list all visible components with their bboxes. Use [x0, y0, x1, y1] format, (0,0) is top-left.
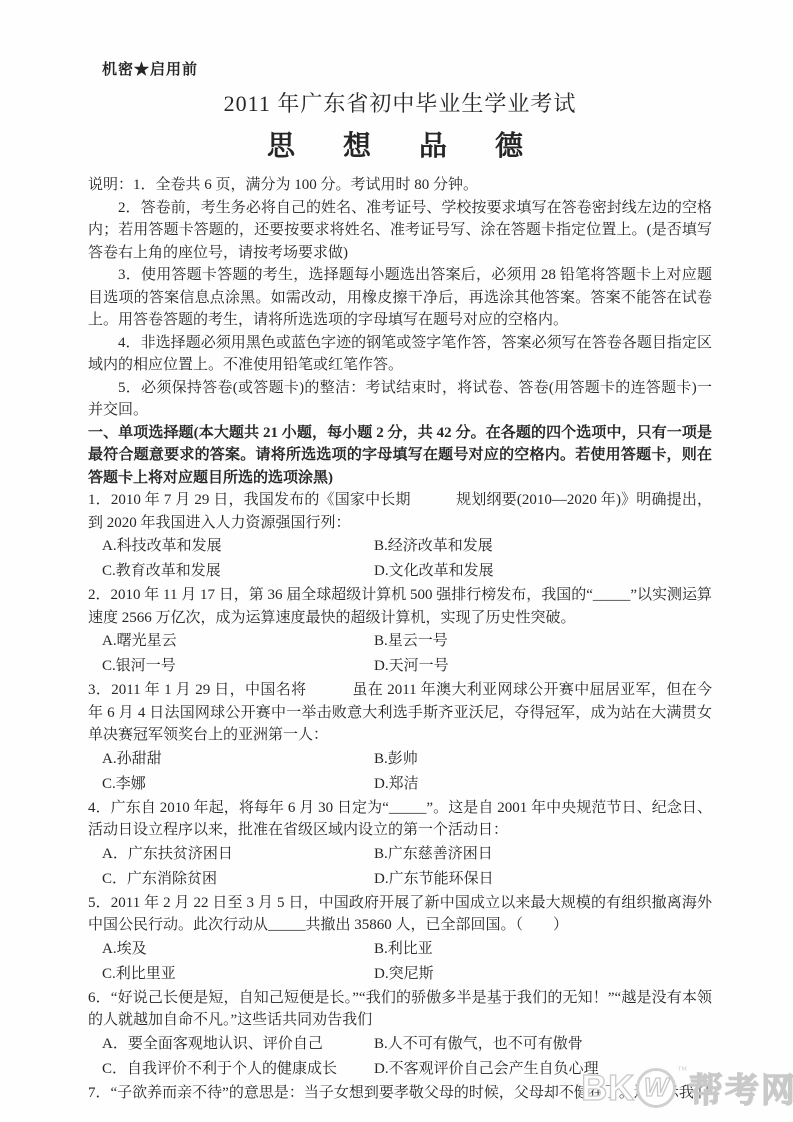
instruction-item-2: 2．答卷前，考生务必将自己的姓名、准考证号、学校按要求填写在答卷密封线左边的空格… — [88, 197, 712, 265]
exam-paper-page: 机密★启用前 2011 年广东省初中毕业生学业考试 思 想 品 德 说明：1．全… — [0, 0, 793, 1122]
question-4-option-a: A．广东扶贫济困日 — [102, 842, 374, 867]
question-5-option-d: D.突尼斯 — [374, 962, 712, 987]
question-1-option-b: B.经济改革和发展 — [374, 534, 712, 559]
question-3-option-a: A.孙甜甜 — [102, 747, 374, 772]
section-one-heading: 一、单项选择题(本大题共 21 小题，每小题 2 分，共 42 分。在各题的四个… — [88, 422, 712, 490]
page-content: 机密★启用前 2011 年广东省初中毕业生学业考试 思 想 品 德 说明：1．全… — [88, 58, 712, 1104]
watermark-w-letter: W — [644, 1072, 669, 1103]
subject-title: 思 想 品 德 — [88, 124, 712, 164]
question-3-options: A.孙甜甜 B.彭帅 C.李娜 D.郑洁 — [88, 747, 712, 797]
question-4-options: A．广东扶贫济困日 B.广东慈善济困日 C．广东消除贫困 D.广东节能环保日 — [88, 842, 712, 892]
question-3-stem: 3．2011 年 1 月 29 日，中国名将 虽在 2011 年澳大利亚网球公开… — [88, 679, 712, 747]
watermark-bk-text: BK — [581, 1067, 635, 1109]
question-6-option-b: B.人不可有傲气，也不可有傲骨 — [374, 1032, 712, 1057]
watermark-w-circle-icon: W — [636, 1068, 676, 1108]
exam-title: 2011 年广东省初中毕业生学业考试 — [88, 87, 712, 118]
question-2-options: A.曙光星云 B.星云一号 C.银河一号 D.天河一号 — [88, 629, 712, 679]
instruction-item-3: 3．使用答题卡答题的考生，选择题每小题选出答案后，必须用 28 铅笔将答题卡上对… — [88, 264, 712, 332]
question-1-option-c: C.教育改革和发展 — [102, 559, 374, 584]
question-5-stem: 5．2011 年 2 月 22 日至 3 月 5 日，中国政府开展了新中国成立以… — [88, 892, 712, 937]
question-4-option-b: B.广东慈善济困日 — [374, 842, 712, 867]
question-5-option-b: B.利比亚 — [374, 937, 712, 962]
question-1-option-a: A.科技改革和发展 — [102, 534, 374, 559]
question-4: 4．广东自 2010 年起，将每年 6 月 30 日定为“_____”。这是自 … — [88, 797, 712, 892]
question-4-option-d: D.广东节能环保日 — [374, 867, 712, 892]
question-6-option-c: C．自我评价不利于个人的健康成长 — [102, 1057, 374, 1082]
question-2-option-d: D.天河一号 — [374, 654, 712, 679]
question-1-options: A.科技改革和发展 B.经济改革和发展 C.教育改革和发展 D.文化改革和发展 — [88, 534, 712, 584]
exam-instructions: 说明：1．全卷共 6 页，满分为 100 分。考试用时 80 分钟。 2．答卷前… — [88, 174, 712, 422]
question-2-stem: 2．2010 年 11 月 17 日，第 36 届全球超级计算机 500 强排行… — [88, 584, 712, 629]
watermark-logo: BK W ™ 帮考网 — [581, 1063, 793, 1112]
question-1-option-d: D.文化改革和发展 — [374, 559, 712, 584]
instruction-item-1: 说明：1．全卷共 6 页，满分为 100 分。考试用时 80 分钟。 — [88, 174, 712, 197]
question-5-option-c: C.利比里亚 — [102, 962, 374, 987]
question-1-stem: 1．2010 年 7 月 29 日，我国发布的《国家中长期 规划纲要(2010—… — [88, 489, 712, 534]
question-4-option-c: C．广东消除贫困 — [102, 867, 374, 892]
question-1: 1．2010 年 7 月 29 日，我国发布的《国家中长期 规划纲要(2010—… — [88, 489, 712, 584]
watermark-tm-mark: ™ — [677, 1065, 687, 1076]
instruction-item-5: 5．必须保持答卷(或答题卡)的整洁：考试结束时，将试卷、答卷(用答题卡的连答题卡… — [88, 377, 712, 422]
question-3-option-d: D.郑洁 — [374, 772, 712, 797]
question-5: 5．2011 年 2 月 22 日至 3 月 5 日，中国政府开展了新中国成立以… — [88, 892, 712, 987]
question-3-option-b: B.彭帅 — [374, 747, 712, 772]
question-2-option-a: A.曙光星云 — [102, 629, 374, 654]
watermark-site-name: 帮考网 — [689, 1063, 793, 1112]
security-notice: 机密★启用前 — [102, 58, 712, 79]
question-6-stem: 6．“好说己长便是短，自知己短便是长。”“我们的骄傲多半是基于我们的无知！”“越… — [88, 987, 712, 1032]
question-5-options: A.埃及 B.利比亚 C.利比里亚 D.突尼斯 — [88, 937, 712, 987]
question-2-option-b: B.星云一号 — [374, 629, 712, 654]
question-2: 2．2010 年 11 月 17 日，第 36 届全球超级计算机 500 强排行… — [88, 584, 712, 679]
instruction-item-4: 4．非选择题必须用黑色或蓝色字迹的钢笔或签字笔作答，答案必须写在答卷各题目指定区… — [88, 332, 712, 377]
question-4-stem: 4．广东自 2010 年起，将每年 6 月 30 日定为“_____”。这是自 … — [88, 797, 712, 842]
question-3: 3．2011 年 1 月 29 日，中国名将 虽在 2011 年澳大利亚网球公开… — [88, 679, 712, 797]
question-2-option-c: C.银河一号 — [102, 654, 374, 679]
question-3-option-c: C.李娜 — [102, 772, 374, 797]
question-6-option-a: A．要全面客观地认识、评价自己 — [102, 1032, 374, 1057]
question-5-option-a: A.埃及 — [102, 937, 374, 962]
